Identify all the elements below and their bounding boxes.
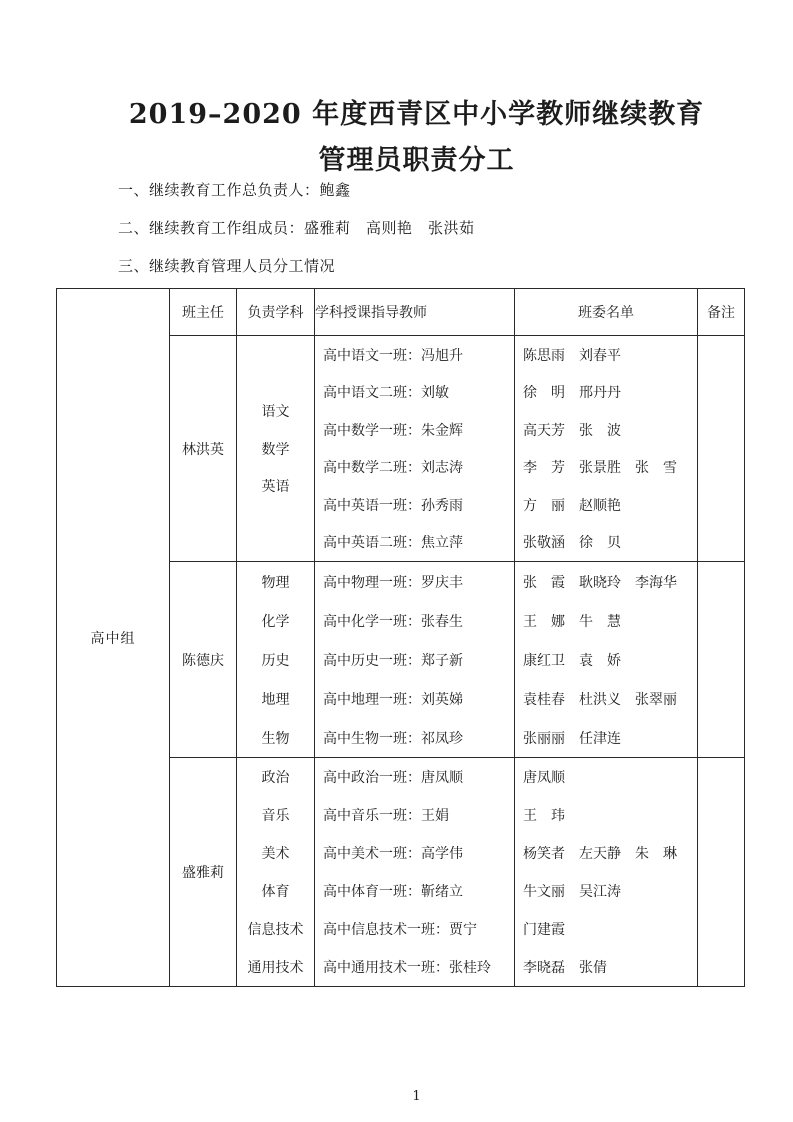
- cell-line: 生物: [237, 718, 314, 757]
- subjects-list: 政治音乐美术体育信息技术通用技术: [237, 758, 314, 986]
- cell-line: 高中生物一班：祁凤珍: [315, 718, 514, 757]
- cell-line: 高中信息技术一班：贾宁: [315, 910, 514, 948]
- cell-line: 信息技术: [237, 910, 314, 948]
- cell-line: 高中数学二班：刘志涛: [315, 449, 514, 487]
- cell-line: 高中地理一班：刘英娣: [315, 679, 514, 718]
- cell-line: 高中历史一班：郑子新: [315, 640, 514, 679]
- cell-line: 徐 明 邢丹丹: [515, 374, 697, 412]
- assignment-table: 高中组 班主任 负责学科 学科授课指导教师 班委名单 备注 林洪英 语文数学英语…: [56, 288, 745, 987]
- cell-line: 英语: [237, 467, 314, 505]
- header-remark: 备注: [698, 289, 745, 336]
- cell-line: 数学: [237, 430, 314, 468]
- cell-line: 高天芳 张 波: [515, 411, 697, 449]
- cell-line: 王 玮: [515, 796, 697, 834]
- subjects-list: 语文数学英语: [237, 392, 314, 505]
- cell-line: 政治: [237, 758, 314, 796]
- cell-line: 高中政治一班：唐凤顺: [315, 758, 514, 796]
- cell-line: 李 芳 张景胜 张 雪: [515, 449, 697, 487]
- cell-line: 杨笑者 左天静 朱 琳: [515, 834, 697, 872]
- head-teacher-name: 盛雅莉: [170, 758, 237, 987]
- cell-line: 门建霞: [515, 910, 697, 948]
- committee-list: 唐凤顺王 玮杨笑者 左天静 朱 琳牛文丽 吴江涛门建霞李晓磊 张倩: [515, 758, 697, 986]
- document-title: 2019–2020 年度西青区中小学教师继续教育 管理员职责分工: [90, 92, 743, 184]
- cell-line: 李晓磊 张倩: [515, 948, 697, 986]
- title-line-2: 管理员职责分工: [90, 138, 743, 184]
- cell-line: 高中英语二班：焦立萍: [315, 524, 514, 562]
- cell-line: 高中音乐一班：王娟: [315, 796, 514, 834]
- header-committee: 班委名单: [515, 289, 698, 336]
- cell-line: 物理: [237, 562, 314, 601]
- cell-line: 高中通用技术一班：张桂玲: [315, 948, 514, 986]
- cell-line: 袁桂春 杜洪义 张翠丽: [515, 679, 697, 718]
- cell-line: 高中数学一班：朱金辉: [315, 411, 514, 449]
- cell-line: 张敬涵 徐 贝: [515, 524, 697, 562]
- cell-line: 通用技术: [237, 948, 314, 986]
- document-page: 2019–2020 年度西青区中小学教师继续教育 管理员职责分工 一、继续教育工…: [0, 0, 793, 1122]
- cell-line: 康红卫 袁 娇: [515, 640, 697, 679]
- intro-list: 一、继续教育工作总负责人：鲍鑫 二、继续教育工作组成员：盛雅莉 高则艳 张洪茹 …: [118, 180, 743, 294]
- group-cell: 高中组: [57, 289, 170, 987]
- list-item-workgroup-members: 二、继续教育工作组成员：盛雅莉 高则艳 张洪茹: [118, 218, 743, 238]
- cell-line: 高中语文二班：刘敏: [315, 374, 514, 412]
- remark-cell: [698, 758, 745, 987]
- header-subjects: 负责学科: [237, 289, 315, 336]
- committee-list: 陈思雨 刘春平徐 明 邢丹丹高天芳 张 波李 芳 张景胜 张 雪方 丽 赵顺艳张…: [515, 336, 697, 561]
- head-teacher-name: 林洪英: [170, 336, 237, 562]
- instructors-list: 高中语文一班：冯旭升高中语文二班：刘敏高中数学一班：朱金辉高中数学二班：刘志涛高…: [315, 336, 514, 561]
- list-item-assignment-heading: 三、继续教育管理人员分工情况: [118, 256, 743, 276]
- cell-line: 张 霞 耿晓玲 李海华: [515, 562, 697, 601]
- cell-line: 唐凤顺: [515, 758, 697, 796]
- remark-cell: [698, 336, 745, 562]
- list-item-responsible-person: 一、继续教育工作总负责人：鲍鑫: [118, 180, 743, 200]
- cell-line: 高中英语一班：孙秀雨: [315, 486, 514, 524]
- cell-line: 音乐: [237, 796, 314, 834]
- cell-line: 美术: [237, 834, 314, 872]
- cell-line: 牛文丽 吴江涛: [515, 872, 697, 910]
- instructors-list: 高中物理一班：罗庆丰高中化学一班：张春生高中历史一班：郑子新高中地理一班：刘英娣…: [315, 562, 514, 757]
- cell-line: 历史: [237, 640, 314, 679]
- page-number: 1: [90, 1089, 743, 1104]
- cell-line: 方 丽 赵顺艳: [515, 486, 697, 524]
- committee-list: 张 霞 耿晓玲 李海华王 娜 牛 慧康红卫 袁 娇袁桂春 杜洪义 张翠丽张丽丽 …: [515, 562, 697, 757]
- cell-line: 高中语文一班：冯旭升: [315, 336, 514, 374]
- cell-line: 高中美术一班：高学伟: [315, 834, 514, 872]
- cell-line: 地理: [237, 679, 314, 718]
- cell-line: 高中体育一班：靳绪立: [315, 872, 514, 910]
- header-instructors: 学科授课指导教师: [315, 289, 515, 336]
- cell-line: 张丽丽 任津连: [515, 718, 697, 757]
- title-line-1: 2019–2020 年度西青区中小学教师继续教育: [90, 92, 743, 138]
- cell-line: 体育: [237, 872, 314, 910]
- cell-line: 化学: [237, 601, 314, 640]
- cell-line: 语文: [237, 392, 314, 430]
- cell-line: 王 娜 牛 慧: [515, 601, 697, 640]
- header-head-teacher: 班主任: [170, 289, 237, 336]
- instructors-list: 高中政治一班：唐凤顺高中音乐一班：王娟高中美术一班：高学伟高中体育一班：靳绪立高…: [315, 758, 514, 986]
- cell-line: 高中物理一班：罗庆丰: [315, 562, 514, 601]
- cell-line: 陈思雨 刘春平: [515, 336, 697, 374]
- remark-cell: [698, 562, 745, 758]
- cell-line: 高中化学一班：张春生: [315, 601, 514, 640]
- subjects-list: 物理化学历史地理生物: [237, 562, 314, 757]
- head-teacher-name: 陈德庆: [170, 562, 237, 758]
- table-header-row: 高中组 班主任 负责学科 学科授课指导教师 班委名单 备注: [57, 289, 745, 336]
